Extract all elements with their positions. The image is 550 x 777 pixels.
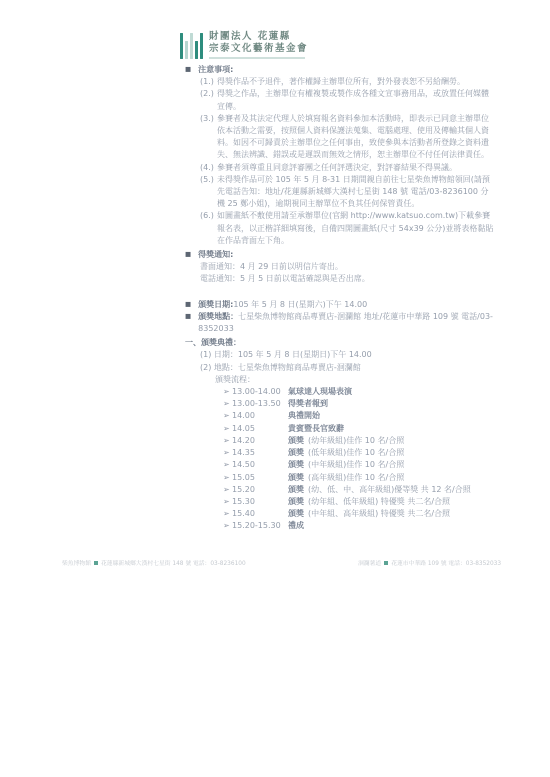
schedule-activity: 氣球達人現場表演 xyxy=(288,386,352,398)
schedule-row: ➢ 15.05 頒獎 (高年級組)佳作 10 名/合照 xyxy=(223,472,495,484)
schedule-row: ➢ 13.00-14.00 氣球達人現場表演 xyxy=(223,386,495,398)
schedule-time: 15.30 xyxy=(232,496,288,508)
schedule-activity: 頒獎 xyxy=(288,447,304,459)
logo-bar xyxy=(190,33,193,59)
square-bullet-icon: ■ xyxy=(185,63,191,75)
schedule-activity: 頒獎 xyxy=(288,472,304,484)
arrow-bullet-icon: ➢ xyxy=(223,472,232,484)
ceremony-date-line: (1) 日期：105 年 5 月 8 日(星期日)下午 14.00 xyxy=(200,349,495,361)
award-place-value: 七星柴魚博物館商品專賣店-洄瀾館 地址/花蓮市中華路 109 號 電話/03-8… xyxy=(198,312,493,333)
note-item: (4.) 參賽者須尊重且同意評審團之任何評選決定，對評審結果不得異議。 xyxy=(200,162,495,174)
footer-right-address: 花蓮市中華路 109 號 電話：03-8352033 xyxy=(391,558,501,567)
schedule-activity: 貴賓暨長官致辭 xyxy=(288,423,344,435)
schedule-time: 15.20 xyxy=(232,484,288,496)
org-name-line1: 財團法人 花蓮縣 xyxy=(209,31,308,43)
schedule-detail: (幼、低、中、高年級組)優等獎 共 12 名/合照 xyxy=(308,484,471,496)
schedule-time: 15.05 xyxy=(232,472,288,484)
schedule-activity: 禮成 xyxy=(288,520,304,532)
schedule-detail: (幼年級組)佳作 10 名/合照 xyxy=(308,435,404,447)
document-page: 財團法人 花蓮縣 宗泰文化藝術基金會 ■ 注意事項: (1.) 得獎作品不予退件… xyxy=(0,0,550,777)
footer-right-name: 洄瀾薯道 xyxy=(358,558,381,567)
logo-bar xyxy=(180,33,183,59)
schedule-time: 13.00-14.00 xyxy=(232,386,288,398)
schedule-row: ➢ 14.20 頒獎 (幼年級組)佳作 10 名/合照 xyxy=(223,435,495,447)
arrow-bullet-icon: ➢ xyxy=(223,398,232,410)
org-name-block: 財團法人 花蓮縣 宗泰文化藝術基金會 xyxy=(209,31,308,59)
award-date-row: ■ 頒獎日期:105 年 5 月 8 日(星期六)下午 14.00 xyxy=(185,299,495,311)
footer-left-address: 花蓮縣新城鄉大漢村七星街 148 號 電話：03-8236100 xyxy=(101,558,246,567)
footer-logo-icon xyxy=(384,561,388,565)
schedule-row: ➢ 13.00-13.50 得獎者報到 xyxy=(223,398,495,410)
ceremony-place-line: (2) 地點：七星柴魚博物館商品專賣店-洄瀾館 xyxy=(200,362,495,374)
notification-section-title: ■ 得獎通知: xyxy=(185,249,495,261)
arrow-bullet-icon: ➢ xyxy=(223,386,232,398)
schedule-row: ➢ 15.40 頒獎 (中年組、高年級組) 特優獎 共二名/合照 xyxy=(223,508,495,520)
logo-bar xyxy=(195,41,198,59)
note-number: (4.) xyxy=(200,162,217,174)
schedule-time: 14.20 xyxy=(232,435,288,447)
note-text: 未得獎作品可於 105 年 5 月 8-31 日期間親自前往七星柴魚博物館領回(… xyxy=(217,174,495,211)
square-bullet-icon: ■ xyxy=(185,298,191,310)
ceremony-heading: 一、頒獎典禮： xyxy=(185,337,495,349)
org-header: 財團法人 花蓮縣 宗泰文化藝術基金會 xyxy=(180,31,308,59)
schedule-row: ➢ 14.35 頒獎 (低年級組)佳作 10 名/合照 xyxy=(223,447,495,459)
footer-left: 柴魚博物館 花蓮縣新城鄉大漢村七星街 148 號 電話：03-8236100 xyxy=(62,558,246,567)
logo-bar xyxy=(185,41,188,59)
schedule-row: ➢ 14.50 頒獎 (中年級組)佳作 10 名/合照 xyxy=(223,459,495,471)
note-number: (2.) xyxy=(200,88,217,112)
note-number: (1.) xyxy=(200,76,217,88)
footer-logo-icon xyxy=(94,561,98,565)
notification-title-label: 得獎通知: xyxy=(198,249,233,261)
schedule-detail: (中年級組)佳作 10 名/合照 xyxy=(308,459,404,471)
schedule-row: ➢ 14.00 典禮開始 xyxy=(223,410,495,422)
notification-line-phone: 電話通知：5 月 5 日前以電話確認與是否出席。 xyxy=(200,273,495,285)
award-date-value: 105 年 5 月 8 日(星期六)下午 14.00 xyxy=(233,300,367,309)
footer-right: 洄瀾薯道 花蓮市中華路 109 號 電話：03-8352033 xyxy=(358,558,501,567)
arrow-bullet-icon: ➢ xyxy=(223,435,232,447)
schedule-row: ➢ 15.20 頒獎 (幼、低、中、高年級組)優等獎 共 12 名/合照 xyxy=(223,484,495,496)
arrow-bullet-icon: ➢ xyxy=(223,520,232,532)
logo-bar xyxy=(200,33,203,59)
schedule-activity: 得獎者報到 xyxy=(288,398,328,410)
award-place-row: ■ 頒獎地點：七星柴魚博物館商品專賣店-洄瀾館 地址/花蓮市中華路 109 號 … xyxy=(185,311,495,335)
schedule-time: 14.05 xyxy=(232,423,288,435)
schedule-time: 14.00 xyxy=(232,410,288,422)
schedule-activity: 頒獎 xyxy=(288,435,304,447)
schedule-row: ➢ 14.05 貴賓暨長官致辭 xyxy=(223,423,495,435)
arrow-bullet-icon: ➢ xyxy=(223,484,232,496)
schedule-detail: (低年級組)佳作 10 名/合照 xyxy=(308,447,404,459)
schedule-row: ➢ 15.20-15.30 禮成 xyxy=(223,520,495,532)
schedule-time: 15.40 xyxy=(232,508,288,520)
schedule-activity: 頒獎 xyxy=(288,459,304,471)
note-text: 得獎作品不予退件，著作權歸主辦單位所有，對外發表恕不另給酬勞。 xyxy=(217,76,495,88)
note-text: 參賽者須尊重且同意評審團之任何評選決定，對評審結果不得異議。 xyxy=(217,162,495,174)
footer-left-name: 柴魚博物館 xyxy=(62,558,91,567)
arrow-bullet-icon: ➢ xyxy=(223,508,232,520)
org-name-line2: 宗泰文化藝術基金會 xyxy=(209,43,308,55)
note-item: (2.) 得獎之作品，主辦單位有權複製或製作成各種文宣事務用品，或放置任何媒體宣… xyxy=(200,88,495,112)
award-place-label: 頒獎地點： xyxy=(198,312,238,321)
note-text: 參賽者及其法定代理人於填寫報名資料參加本活動時，即表示已同意主辦單位依本活動之需… xyxy=(217,113,495,162)
award-date-label: 頒獎日期: xyxy=(198,300,233,309)
notification-line-written: 書面通知：4 月 29 日前以明信片寄出。 xyxy=(200,261,495,273)
schedule-time: 15.20-15.30 xyxy=(232,520,288,532)
schedule-activity: 典禮開始 xyxy=(288,410,320,422)
schedule-time: 14.50 xyxy=(232,459,288,471)
note-number: (5.) xyxy=(200,174,217,211)
arrow-bullet-icon: ➢ xyxy=(223,496,232,508)
org-tagline-placeholder xyxy=(209,57,305,60)
ceremony-flow-label: 頒獎流程： xyxy=(215,374,495,386)
arrow-bullet-icon: ➢ xyxy=(223,423,232,435)
schedule-row: ➢ 15.30 頒獎 (幼年組、低年級組) 特優獎 共二名/合照 xyxy=(223,496,495,508)
award-place-text: 頒獎地點：七星柴魚博物館商品專賣店-洄瀾館 地址/花蓮市中華路 109 號 電話… xyxy=(198,311,495,335)
arrow-bullet-icon: ➢ xyxy=(223,459,232,471)
note-item: (1.) 得獎作品不予退件，著作權歸主辦單位所有，對外發表恕不另給酬勞。 xyxy=(200,76,495,88)
schedule-detail: (高年級組)佳作 10 名/合照 xyxy=(308,472,404,484)
notes-title-label: 注意事項: xyxy=(198,64,233,76)
note-item: (3.) 參賽者及其法定代理人於填寫報名資料參加本活動時，即表示已同意主辦單位依… xyxy=(200,113,495,162)
arrow-bullet-icon: ➢ xyxy=(223,410,232,422)
document-body: ■ 注意事項: (1.) 得獎作品不予退件，著作權歸主辦單位所有，對外發表恕不另… xyxy=(185,64,495,533)
schedule-activity: 頒獎 xyxy=(288,496,304,508)
schedule-detail: (中年組、高年級組) 特優獎 共二名/合照 xyxy=(308,508,450,520)
square-bullet-icon: ■ xyxy=(185,310,191,322)
note-text: 如圖畫紙不敷使用請至承辦單位(官網 http://www.katsuo.com.… xyxy=(217,210,495,247)
square-bullet-icon: ■ xyxy=(185,248,191,260)
schedule-activity: 頒獎 xyxy=(288,508,304,520)
arrow-bullet-icon: ➢ xyxy=(223,447,232,459)
schedule-time: 13.00-13.50 xyxy=(232,398,288,410)
note-item: (6.) 如圖畫紙不敷使用請至承辦單位(官網 http://www.katsuo… xyxy=(200,210,495,247)
schedule-detail: (幼年組、低年級組) 特優獎 共二名/合照 xyxy=(308,496,450,508)
note-item: (5.) 未得獎作品可於 105 年 5 月 8-31 日期間親自前往七星柴魚博… xyxy=(200,174,495,211)
note-number: (3.) xyxy=(200,113,217,162)
award-date-text: 頒獎日期:105 年 5 月 8 日(星期六)下午 14.00 xyxy=(198,299,367,311)
schedule-activity: 頒獎 xyxy=(288,484,304,496)
schedule-time: 14.35 xyxy=(232,447,288,459)
note-number: (6.) xyxy=(200,210,217,247)
foundation-logo-icon xyxy=(180,31,203,59)
note-text: 得獎之作品，主辦單位有權複製或製作成各種文宣事務用品，或放置任何媒體宣傳。 xyxy=(217,88,495,112)
notes-section-title: ■ 注意事項: xyxy=(185,64,495,76)
